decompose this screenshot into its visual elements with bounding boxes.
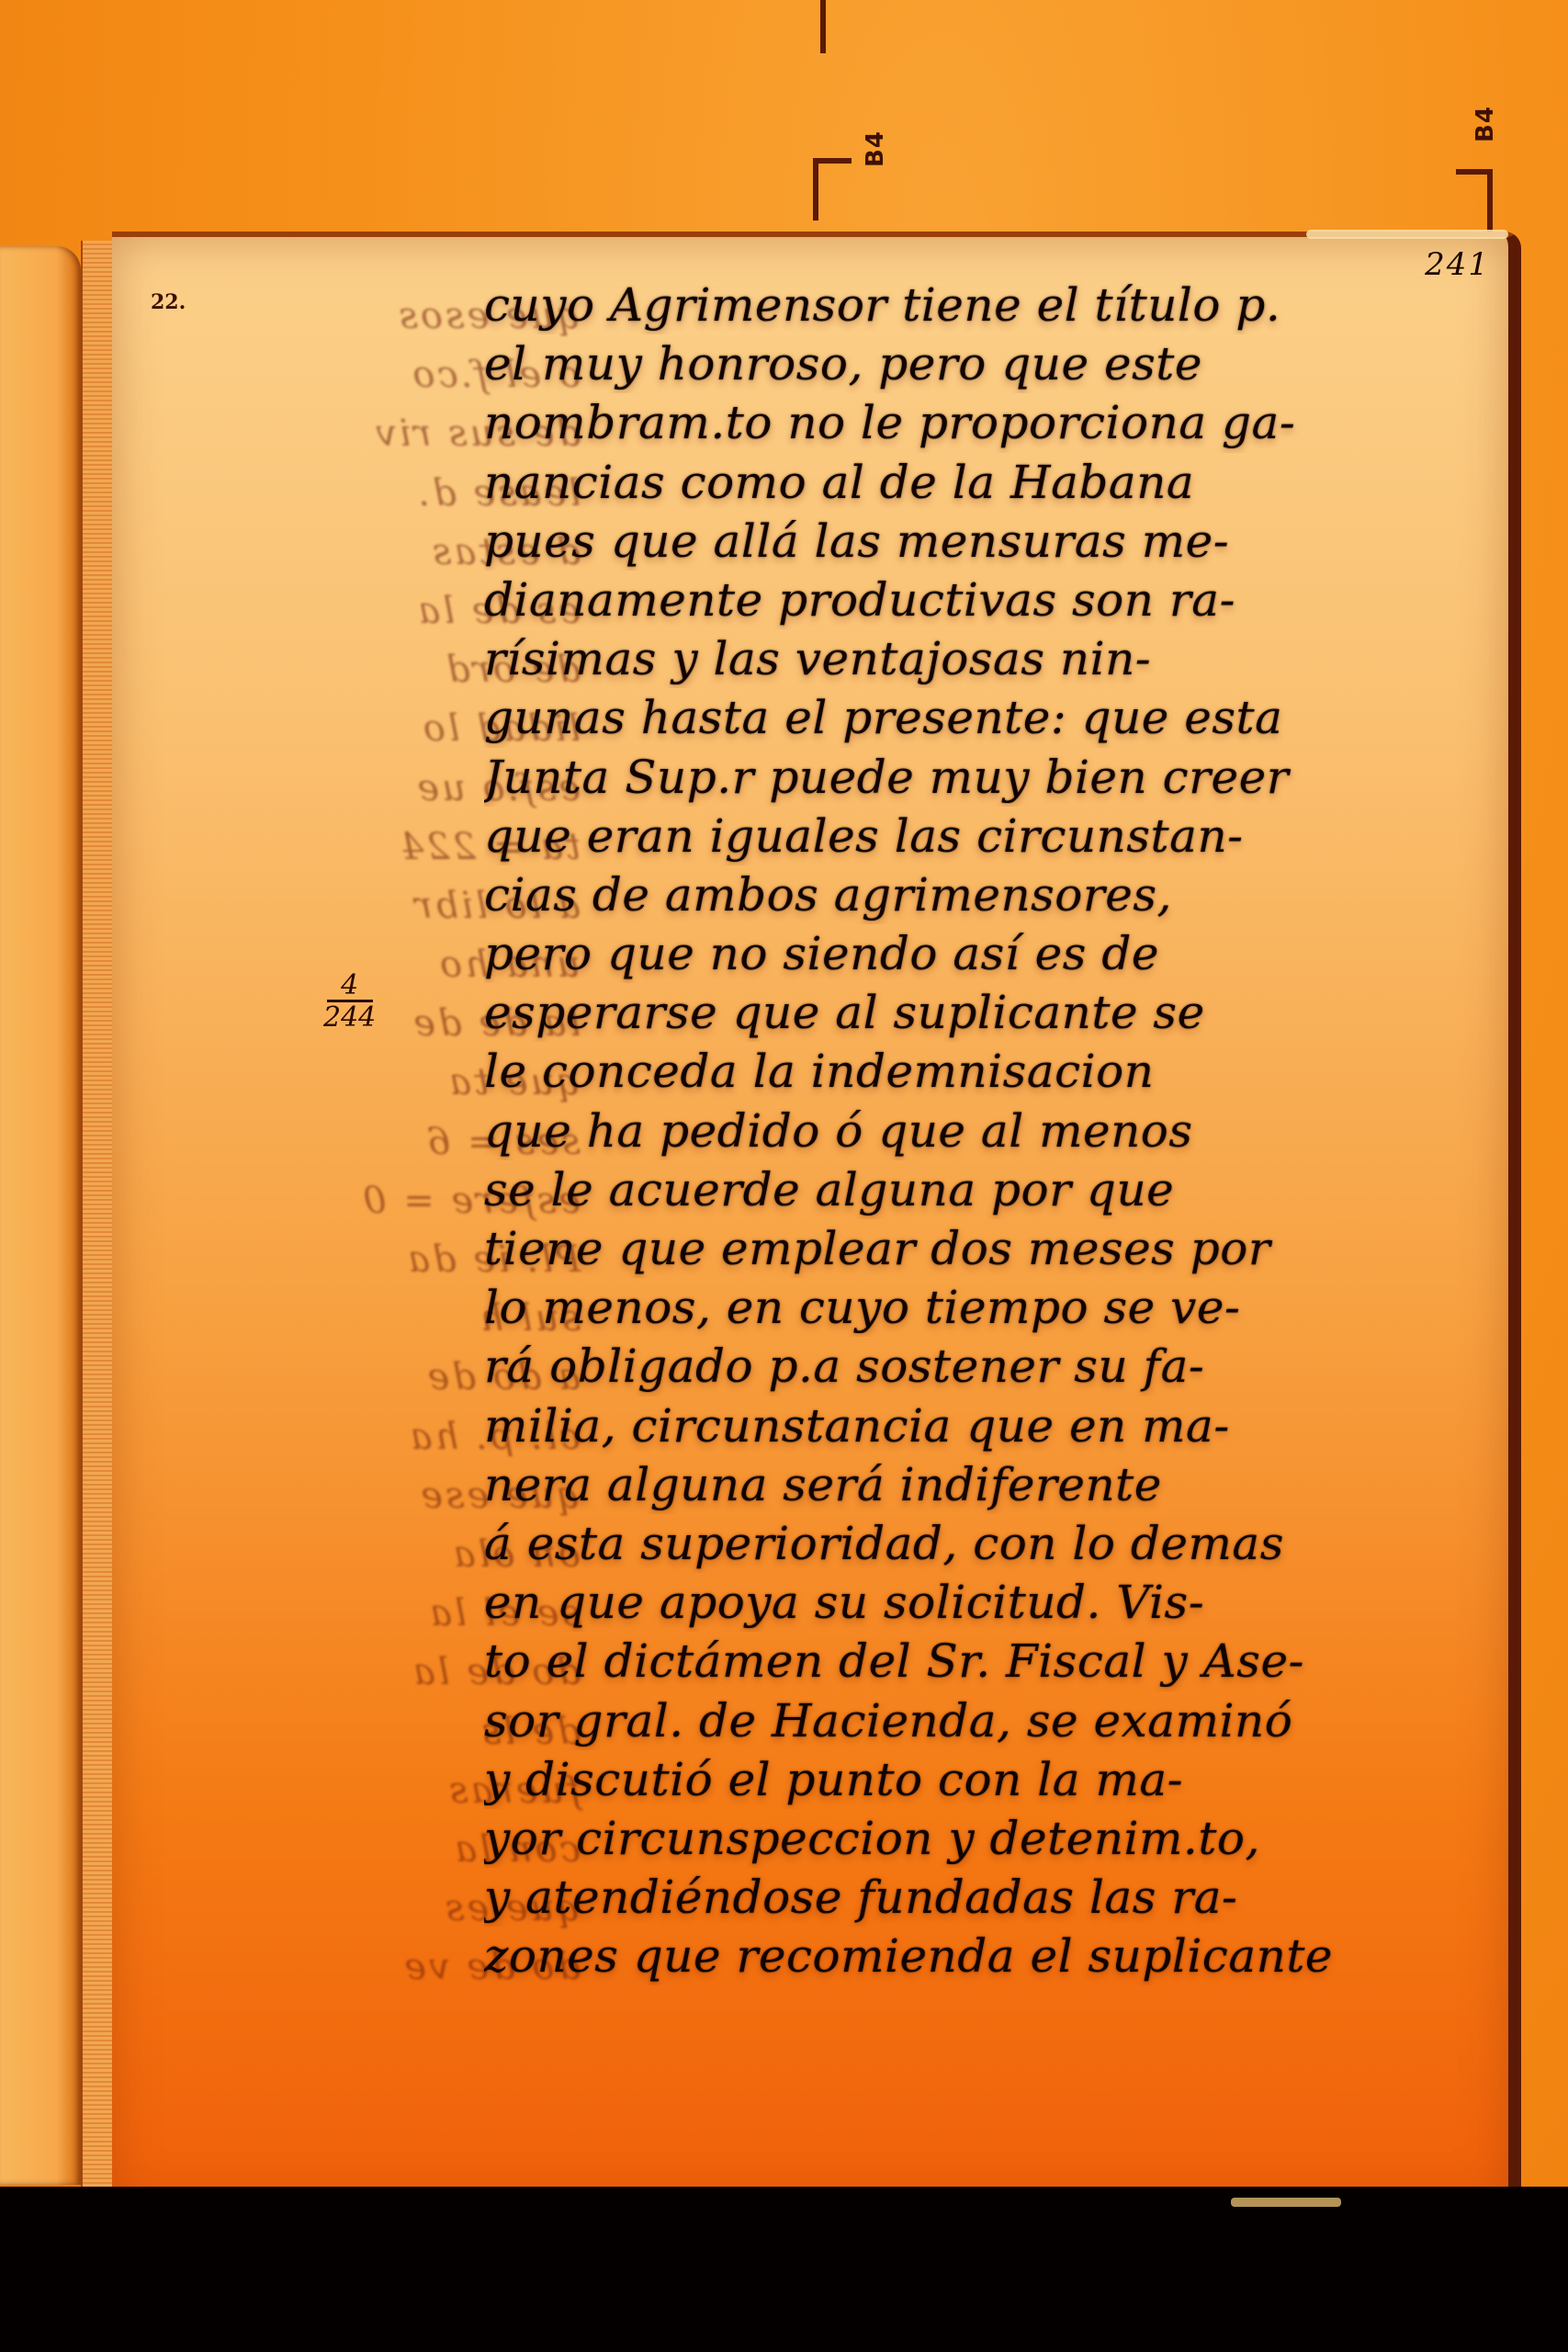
text-line: pero que no siendo así es de (484, 924, 1485, 983)
margin-note-top: 4 (327, 972, 373, 1002)
text-line: que eran iguales las circunstan- (484, 807, 1485, 865)
page-bottom-glint (1231, 2198, 1341, 2207)
text-line: nera alguna será indiferente (484, 1455, 1485, 1514)
marker-label-left: B4 (862, 130, 889, 167)
text-line: cuyo Agrimensor tiene el título p. (484, 276, 1485, 334)
marker-left-bracket-horizontal (813, 158, 852, 164)
text-line: á esta superioridad, con lo demas (484, 1514, 1485, 1573)
text-line: zones que recomienda el suplicante (484, 1927, 1485, 1985)
text-line: en que apoya su solicitud. Vis- (484, 1573, 1485, 1632)
marker-right-bracket-vertical (1487, 169, 1493, 233)
margin-note: 4 244 (323, 972, 376, 1032)
text-line: dianamente productivas son ra- (484, 571, 1485, 629)
bottom-shadow-area (0, 2187, 1568, 2352)
text-line: sor gral. de Hacienda, se examinó (484, 1691, 1485, 1750)
text-line: to el dictámen del Sr. Fiscal y Ase- (484, 1632, 1485, 1690)
text-line: que ha pedido ó que al menos (484, 1102, 1485, 1160)
text-line: se le acuerde alguna por que (484, 1160, 1485, 1219)
text-line: tiene que emplear dos meses por (484, 1219, 1485, 1278)
text-line: rísimas y las ventajosas nin- (484, 629, 1485, 688)
text-line: esperarse que al suplicante se (484, 983, 1485, 1042)
text-line: pues que allá las mensuras me- (484, 512, 1485, 571)
text-line: cias de ambos agrimensores, (484, 865, 1485, 924)
text-line: el muy honroso, pero que este (484, 334, 1485, 393)
text-line: Junta Sup.r puede muy bien creer (484, 748, 1485, 807)
top-left-reference: 22. (151, 290, 186, 314)
marker-left-bracket-vertical (813, 158, 818, 220)
marker-left-vertical-top (820, 0, 826, 53)
text-line: lo menos, en cuyo tiempo se ve- (484, 1278, 1485, 1337)
text-line: y atendiéndose fundadas las ra- (484, 1868, 1485, 1927)
text-line: nombram.to no le proporciona ga- (484, 393, 1485, 452)
manuscript-text: cuyo Agrimensor tiene el título p.el muy… (484, 276, 1485, 1985)
text-line: gunas hasta el presente: que esta (484, 688, 1485, 747)
text-line: milia, circunstancia que en ma- (484, 1396, 1485, 1455)
page-edge-highlight (1306, 230, 1508, 239)
text-line: y discutió el punto con la ma- (484, 1750, 1485, 1809)
margin-note-bottom: 244 (323, 1001, 376, 1034)
marker-label-right: B4 (1472, 106, 1499, 142)
text-line: rá obligado p.a sostener su fa- (484, 1337, 1485, 1396)
text-line: le conceda la indemnisacion (484, 1042, 1485, 1101)
manuscript-page: que esoso el f.code sus rivlease d.d est… (112, 232, 1521, 2203)
verso-page-edge (0, 246, 81, 2185)
text-line: yor circunspeccion y detenim.to, (484, 1809, 1485, 1868)
text-line: nancias como al de la Habana (484, 453, 1485, 512)
